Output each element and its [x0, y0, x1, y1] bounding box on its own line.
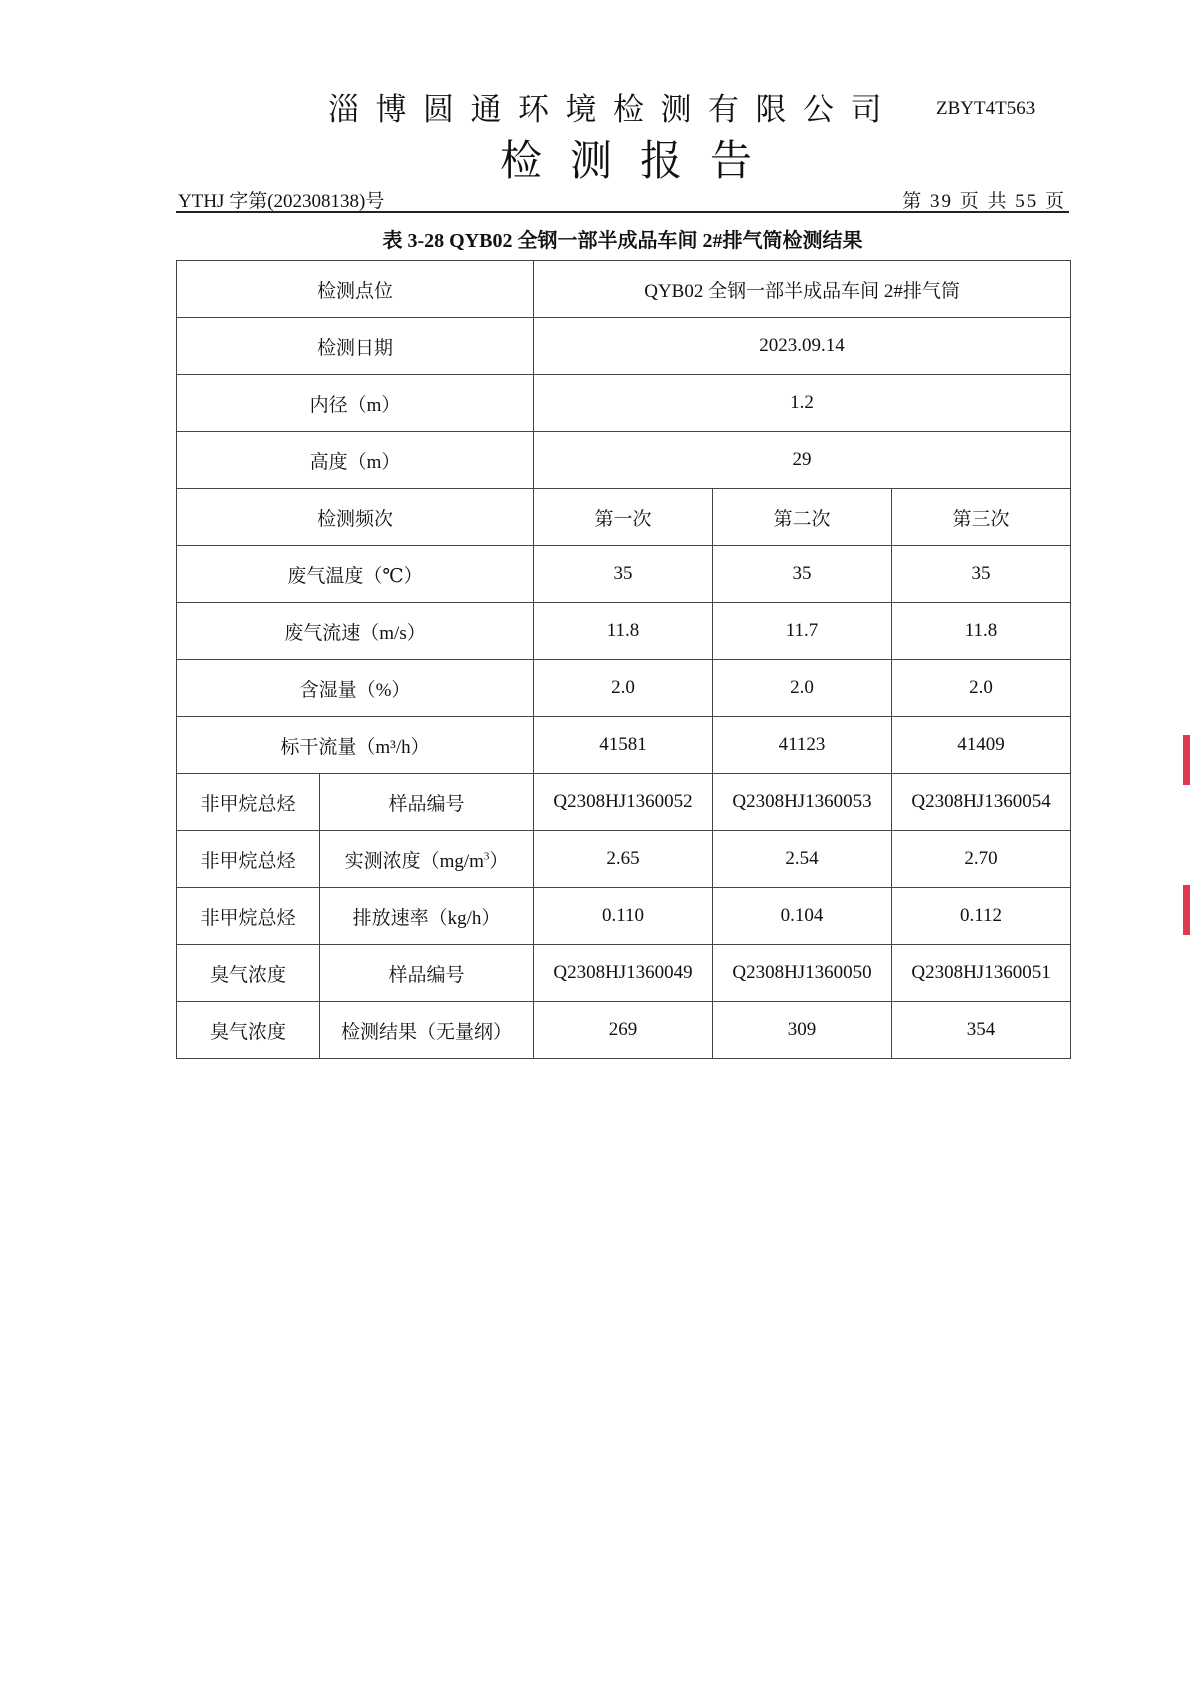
table-caption: 表 3-28 QYB02 全钢一部半成品车间 2#排气筒检测结果	[176, 224, 1069, 253]
table-row: 非甲烷总烃 样品编号 Q2308HJ1360052 Q2308HJ1360053…	[177, 774, 1071, 831]
item-label: 检测结果（无量纲）	[320, 1002, 534, 1059]
cell: 2.54	[713, 831, 892, 888]
item-label: 实测浓度（mg/m3）	[320, 831, 534, 888]
report-number: YTHJ 字第(202308138)号	[178, 186, 384, 213]
cell: Q2308HJ1360050	[713, 945, 892, 1002]
cell: 269	[534, 1002, 713, 1059]
company-name: 淄博圆通环境检测有限公司	[328, 84, 898, 129]
table-row-frequency: 检测频次 第一次 第二次 第三次	[177, 489, 1071, 546]
cell: 2.0	[892, 660, 1071, 717]
table-row: 非甲烷总烃 实测浓度（mg/m3） 2.65 2.54 2.70	[177, 831, 1071, 888]
row-label: 检测点位	[177, 261, 534, 318]
pollutant-label: 非甲烷总烃	[177, 888, 320, 945]
table-row: 检测点位 QYB02 全钢一部半成品车间 2#排气筒	[177, 261, 1071, 318]
row-value: 2023.09.14	[534, 318, 1071, 375]
cell: Q2308HJ1360053	[713, 774, 892, 831]
header-rule	[176, 211, 1069, 213]
row-value: 29	[534, 432, 1071, 489]
seal-stamp-fragment	[1183, 735, 1190, 785]
row-label: 高度（m）	[177, 432, 534, 489]
cell: 第一次	[534, 489, 713, 546]
row-value: QYB02 全钢一部半成品车间 2#排气筒	[534, 261, 1071, 318]
cell: 41409	[892, 717, 1071, 774]
table-row: 非甲烷总烃 排放速率（kg/h） 0.110 0.104 0.112	[177, 888, 1071, 945]
row-value: 1.2	[534, 375, 1071, 432]
row-label: 含湿量（%）	[177, 660, 534, 717]
table-row: 内径（m） 1.2	[177, 375, 1071, 432]
cell: 35	[713, 546, 892, 603]
cell: 2.0	[534, 660, 713, 717]
row-label: 检测日期	[177, 318, 534, 375]
table-row: 臭气浓度 样品编号 Q2308HJ1360049 Q2308HJ1360050 …	[177, 945, 1071, 1002]
item-label: 样品编号	[320, 945, 534, 1002]
results-table: 检测点位 QYB02 全钢一部半成品车间 2#排气筒 检测日期 2023.09.…	[176, 260, 1071, 1059]
cell: 0.104	[713, 888, 892, 945]
table-row: 废气温度（℃） 35 35 35	[177, 546, 1071, 603]
row-label: 废气温度（℃）	[177, 546, 534, 603]
table-row: 废气流速（m/s） 11.8 11.7 11.8	[177, 603, 1071, 660]
item-label: 排放速率（kg/h）	[320, 888, 534, 945]
row-label: 内径（m）	[177, 375, 534, 432]
cell: 0.112	[892, 888, 1071, 945]
cell: 41123	[713, 717, 892, 774]
item-label-text: 实测浓度（mg/m	[345, 851, 484, 872]
cell: 35	[534, 546, 713, 603]
pollutant-label: 非甲烷总烃	[177, 831, 320, 888]
page-number: 第 39 页 共 55 页	[902, 186, 1066, 213]
table-row: 检测日期 2023.09.14	[177, 318, 1071, 375]
cell: 2.0	[713, 660, 892, 717]
document-code: ZBYT4T563	[936, 98, 1035, 120]
table-row: 臭气浓度 检测结果（无量纲） 269 309 354	[177, 1002, 1071, 1059]
cell: 第三次	[892, 489, 1071, 546]
item-label: 样品编号	[320, 774, 534, 831]
pollutant-label: 非甲烷总烃	[177, 774, 320, 831]
cell: 2.65	[534, 831, 713, 888]
pollutant-label: 臭气浓度	[177, 1002, 320, 1059]
cell: Q2308HJ1360052	[534, 774, 713, 831]
row-label: 检测频次	[177, 489, 534, 546]
report-title: 检测报告	[500, 128, 780, 188]
cell: 35	[892, 546, 1071, 603]
cell: Q2308HJ1360049	[534, 945, 713, 1002]
cell: Q2308HJ1360051	[892, 945, 1071, 1002]
cell: 309	[713, 1002, 892, 1059]
cell: 0.110	[534, 888, 713, 945]
cell: 2.70	[892, 831, 1071, 888]
cell: 41581	[534, 717, 713, 774]
pollutant-label: 臭气浓度	[177, 945, 320, 1002]
cell: Q2308HJ1360054	[892, 774, 1071, 831]
cell: 第二次	[713, 489, 892, 546]
row-label: 废气流速（m/s）	[177, 603, 534, 660]
cell: 11.7	[713, 603, 892, 660]
table-row: 高度（m） 29	[177, 432, 1071, 489]
cell: 11.8	[534, 603, 713, 660]
cell: 354	[892, 1002, 1071, 1059]
cell: 11.8	[892, 603, 1071, 660]
seal-stamp-fragment	[1183, 885, 1190, 935]
table-row: 含湿量（%） 2.0 2.0 2.0	[177, 660, 1071, 717]
row-label: 标干流量（m³/h）	[177, 717, 534, 774]
item-label-suffix: ）	[489, 851, 508, 872]
table-row: 标干流量（m³/h） 41581 41123 41409	[177, 717, 1071, 774]
